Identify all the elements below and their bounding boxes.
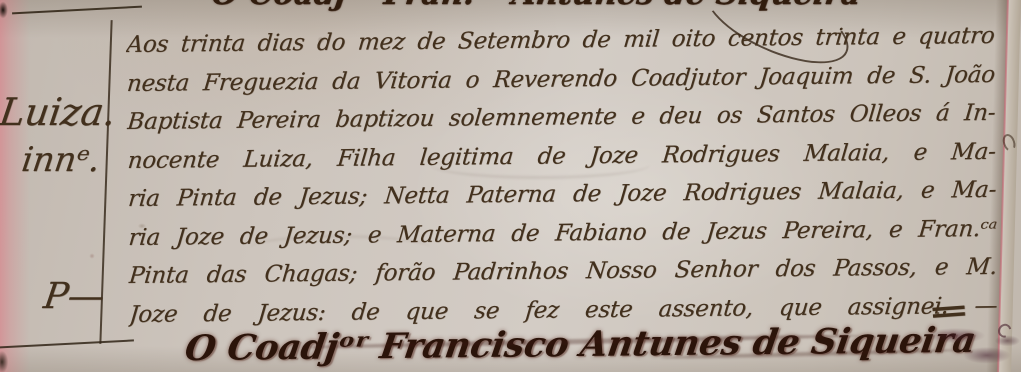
margin-status-note: innᵉ. — [19, 140, 102, 180]
ink-bleedthrough — [430, 150, 650, 179]
corner-ink-flourish — [931, 320, 1021, 372]
entry-bottom-rule — [0, 339, 134, 348]
margin-fee-mark: P— — [41, 276, 107, 317]
margin-name-label: Luiza. — [0, 90, 119, 134]
manuscript-page: Luiza. innᵉ. P— O Coadjᵒʳ Fran.ᶜᵒ Antune… — [0, 0, 1021, 372]
margin-top-rule — [12, 6, 142, 15]
officiant-signature: O Coadjᵒʳ Francisco Antunes de Siqueira — [182, 320, 978, 369]
ink-bleedthrough — [250, 235, 430, 260]
